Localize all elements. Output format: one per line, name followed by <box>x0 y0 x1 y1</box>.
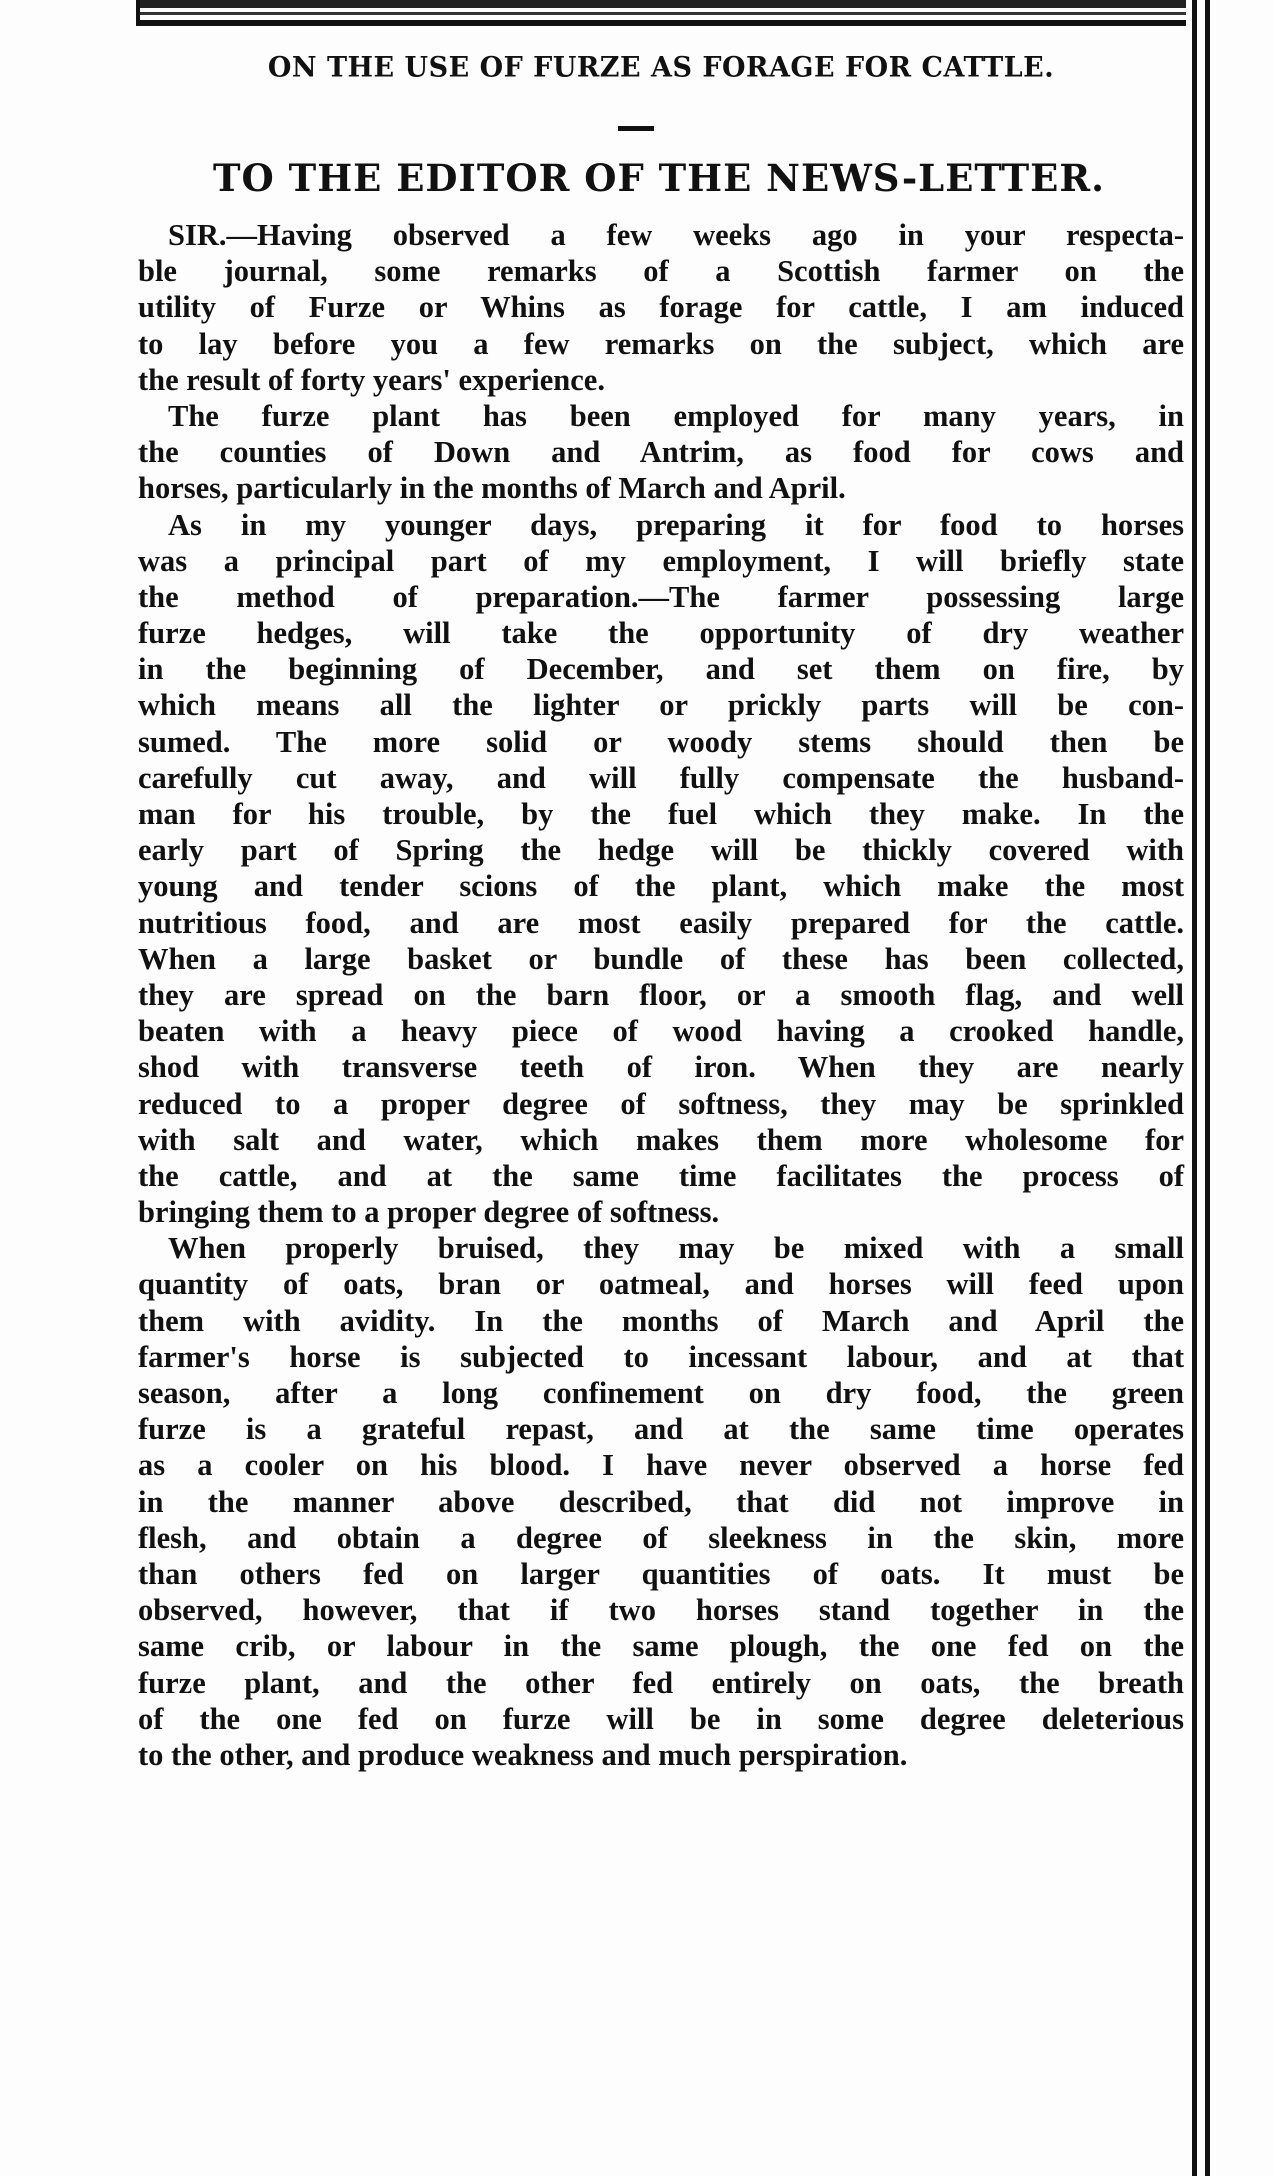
article-body: SIR.—Having observed a few weeks ago in … <box>138 217 1184 1773</box>
text-line: which means all the lighter or prickly p… <box>138 687 1184 723</box>
column-divider <box>1190 0 1214 2176</box>
text-line: in the beginning of December, and set th… <box>138 651 1184 687</box>
text-line: young and tender scions of the plant, wh… <box>138 868 1184 904</box>
text-line: the result of forty years' experience. <box>138 362 1184 398</box>
text-line: quantity of oats, bran or oatmeal, and h… <box>138 1266 1184 1302</box>
text-line: them with avidity. In the months of Marc… <box>138 1303 1184 1339</box>
text-line: utility of Furze or Whins as forage for … <box>138 289 1184 325</box>
text-line: to lay before you a few remarks on the s… <box>138 326 1184 362</box>
text-line: bringing them to a proper degree of soft… <box>138 1194 1184 1230</box>
text-line: When a large basket or bundle of these h… <box>138 941 1184 977</box>
paragraph: When properly bruised, they may be mixed… <box>138 1230 1184 1773</box>
text-line: carefully cut away, and will fully compe… <box>138 760 1184 796</box>
text-line: with salt and water, which makes them mo… <box>138 1122 1184 1158</box>
top-double-rule <box>136 0 1186 26</box>
divider-line <box>1192 0 1197 2176</box>
text-line: When properly bruised, they may be mixed… <box>138 1230 1184 1266</box>
text-line: as a cooler on his blood. I have never o… <box>138 1447 1184 1483</box>
text-line: the cattle, and at the same time facilit… <box>138 1158 1184 1194</box>
paragraph: As in my younger days, preparing it for … <box>138 507 1184 1231</box>
text-line: man for his trouble, by the fuel which t… <box>138 796 1184 832</box>
rule-cap <box>136 0 140 26</box>
text-line: observed, however, that if two horses st… <box>138 1592 1184 1628</box>
article: ON THE USE OF FURZE AS FORAGE FOR CATTLE… <box>138 38 1184 1773</box>
text-line: The furze plant has been employed for ma… <box>138 398 1184 434</box>
text-line: furze plant, and the other fed entirely … <box>138 1665 1184 1701</box>
divider-line <box>1205 0 1210 2176</box>
text-line: in the manner above described, that did … <box>138 1484 1184 1520</box>
text-line: flesh, and obtain a degree of sleekness … <box>138 1520 1184 1556</box>
paragraph: The furze plant has been employed for ma… <box>138 398 1184 507</box>
text-line: ble journal, some remarks of a Scottish … <box>138 253 1184 289</box>
text-line: shod with transverse teeth of iron. When… <box>138 1049 1184 1085</box>
paragraph: SIR.—Having observed a few weeks ago in … <box>138 217 1184 398</box>
rule-line <box>136 12 1186 15</box>
text-line: than others fed on larger quantities of … <box>138 1556 1184 1592</box>
newspaper-page: ON THE USE OF FURZE AS FORAGE FOR CATTLE… <box>0 0 1274 2176</box>
article-headline: TO THE EDITOR OF THE NEWS-LETTER. <box>134 153 1184 203</box>
text-line: same crib, or labour in the same plough,… <box>138 1628 1184 1664</box>
section-separator <box>618 126 654 131</box>
text-line: furze is a grateful repast, and at the s… <box>138 1411 1184 1447</box>
text-line: reduced to a proper degree of softness, … <box>138 1086 1184 1122</box>
text-line: of the one fed on furze will be in some … <box>138 1701 1184 1737</box>
text-line: to the other, and produce weakness and m… <box>138 1737 1184 1773</box>
rule-line <box>136 0 1186 8</box>
article-kicker: ON THE USE OF FURZE AS FORAGE FOR CATTLE… <box>138 49 1184 87</box>
text-line: beaten with a heavy piece of wood having… <box>138 1013 1184 1049</box>
text-line: sumed. The more solid or woody stems sho… <box>138 724 1184 760</box>
text-line: early part of Spring the hedge will be t… <box>138 832 1184 868</box>
text-line: As in my younger days, preparing it for … <box>138 507 1184 543</box>
text-line: season, after a long confinement on dry … <box>138 1375 1184 1411</box>
text-line: nutritious food, and are most easily pre… <box>138 905 1184 941</box>
text-line: farmer's horse is subjected to incessant… <box>138 1339 1184 1375</box>
text-line: horses, particularly in the months of Ma… <box>138 470 1184 506</box>
text-line: was a principal part of my employment, I… <box>138 543 1184 579</box>
text-line: furze hedges, will take the opportunity … <box>138 615 1184 651</box>
rule-line <box>136 20 1186 26</box>
text-line: they are spread on the barn floor, or a … <box>138 977 1184 1013</box>
text-line: SIR.—Having observed a few weeks ago in … <box>138 217 1184 253</box>
text-line: the counties of Down and Antrim, as food… <box>138 434 1184 470</box>
text-line: the method of preparation.—The farmer po… <box>138 579 1184 615</box>
